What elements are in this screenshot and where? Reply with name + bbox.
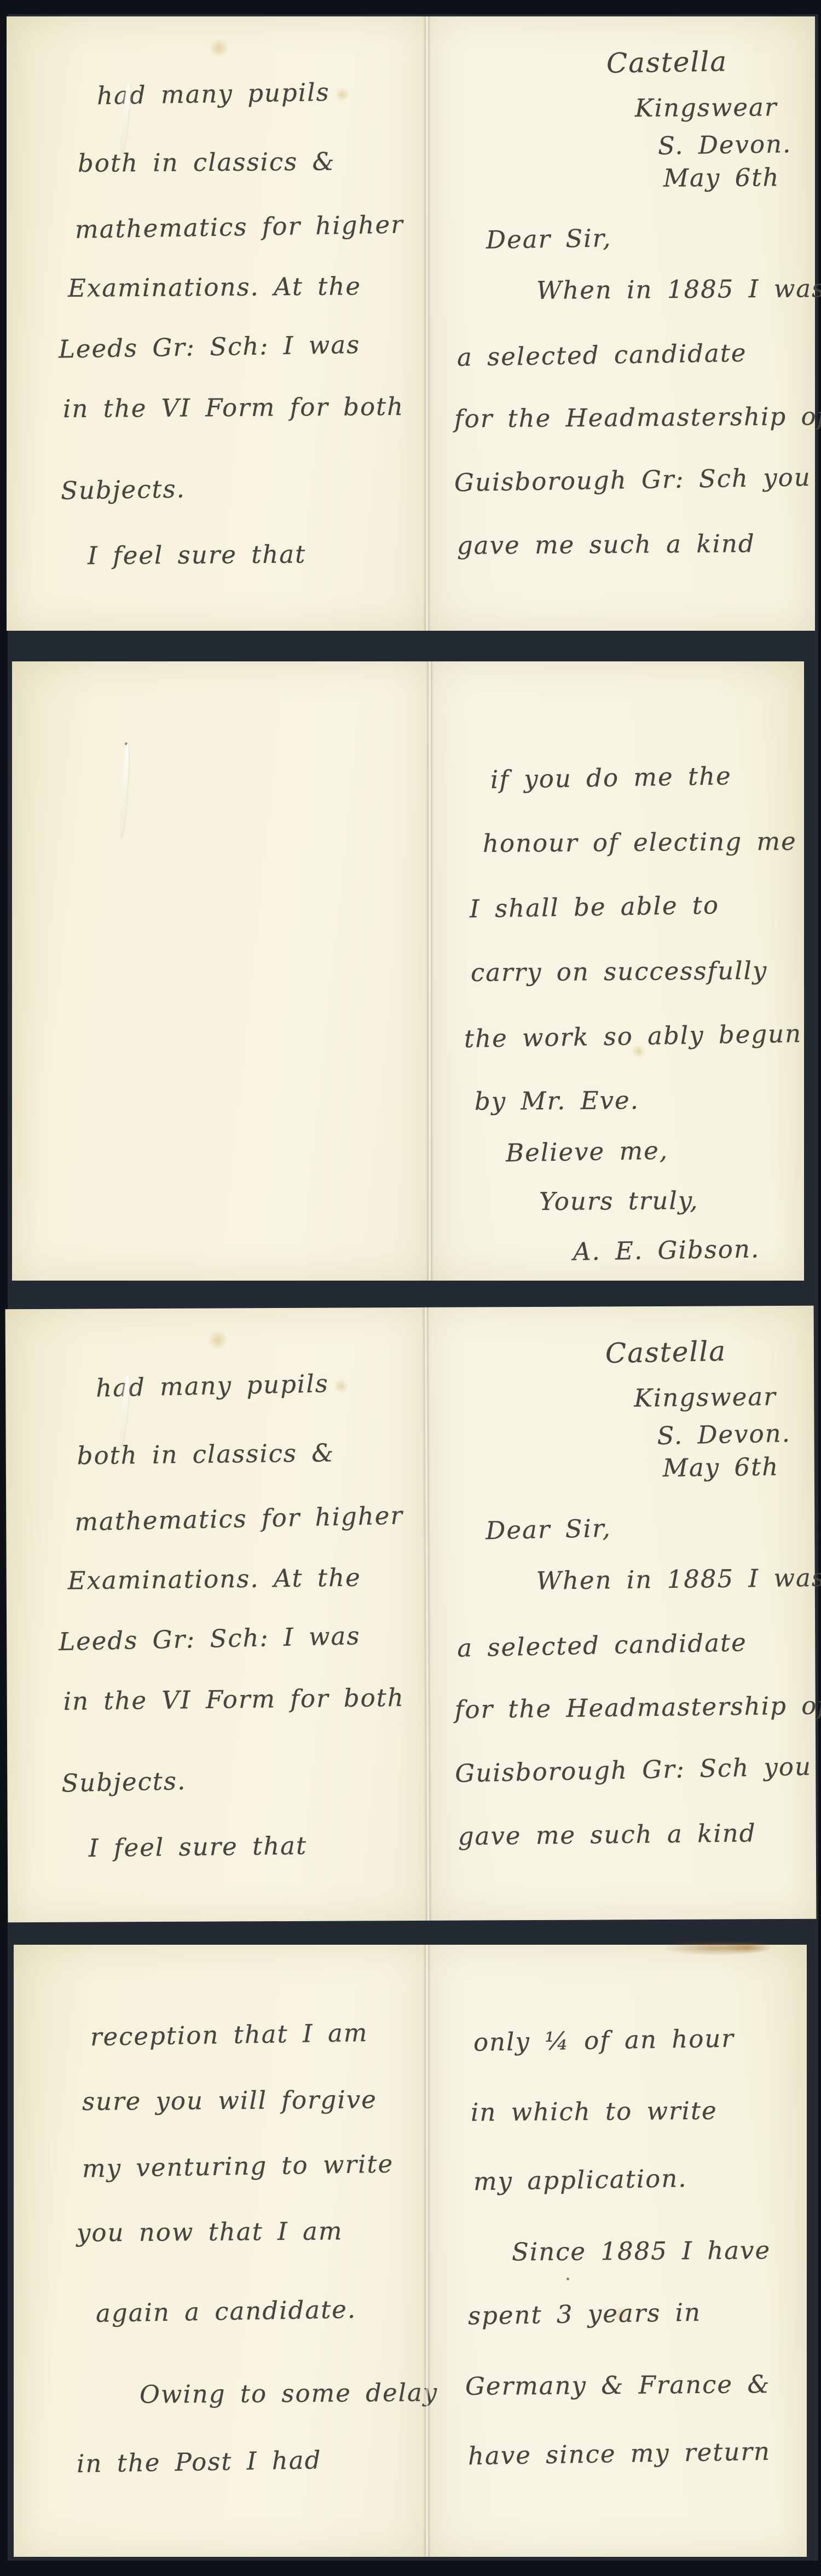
paper-stain bbox=[334, 1379, 348, 1393]
letter-page-left-blank bbox=[12, 661, 430, 1281]
paper-stain bbox=[335, 88, 349, 102]
handwriting-line: honour of electing me bbox=[483, 827, 797, 858]
closing-line: Believe me, bbox=[506, 1136, 669, 1168]
handwriting-line: reception that I am bbox=[90, 2018, 368, 2051]
handwriting-line: my venturing to write bbox=[82, 2149, 394, 2183]
handwriting-line: only ¼ of an hour bbox=[473, 2024, 735, 2056]
foxing-stain bbox=[722, 1941, 772, 1953]
letterhead-address-line: Castella bbox=[605, 1335, 726, 1369]
handwriting-line: Owing to some delay bbox=[140, 2378, 438, 2409]
letter-page-left: had many pupils both in classics & mathe… bbox=[7, 16, 427, 631]
handwriting-line: in the VI Form for both bbox=[63, 1683, 404, 1716]
letter-page-left: had many pupils both in classics & mathe… bbox=[5, 1307, 429, 1922]
handwriting-line: Examinations. At the bbox=[67, 1563, 361, 1595]
handwriting-line: in which to write bbox=[471, 2096, 718, 2127]
letter-page-right: Castella Kingswear S. Devon. May 6th Dea… bbox=[426, 1306, 817, 1921]
letter-spread-4: reception that I am sure you will forgiv… bbox=[14, 1945, 807, 2557]
scan-backdrop: had many pupils both in classics & mathe… bbox=[0, 0, 821, 2576]
handwriting-line: Germany & France & bbox=[465, 2370, 771, 2401]
center-fold bbox=[423, 16, 431, 631]
handwriting-line: both in classics & bbox=[77, 1438, 334, 1470]
handwriting-line: Guisborough Gr: Sch you bbox=[455, 1752, 812, 1788]
handwriting-line: have since my return bbox=[468, 2437, 771, 2471]
center-fold bbox=[423, 1945, 431, 2557]
salutation: Dear Sir, bbox=[485, 1514, 611, 1546]
letter-page-left: reception that I am sure you will forgiv… bbox=[14, 1945, 427, 2557]
handwriting-line: Since 1885 I have bbox=[512, 2235, 771, 2266]
letterhead-date: May 6th bbox=[663, 163, 780, 192]
handwriting-line: Leeds Gr: Sch: I was bbox=[59, 330, 361, 364]
handwriting-line: Leeds Gr: Sch: I was bbox=[59, 1621, 361, 1656]
handwriting-line: Subjects. bbox=[61, 1766, 187, 1798]
paper-stain bbox=[209, 38, 229, 58]
closing-line: Yours truly, bbox=[539, 1186, 699, 1216]
handwriting-line: gave me such a kind bbox=[458, 1818, 756, 1851]
letterhead-address-line: Castella bbox=[606, 45, 728, 79]
handwriting-line: I feel sure that bbox=[88, 540, 307, 570]
handwriting-line: gave me such a kind bbox=[457, 529, 755, 560]
letter-page-right: only ¼ of an hour in which to write my a… bbox=[427, 1945, 807, 2557]
handwriting-line: mathematics for higher bbox=[75, 210, 404, 244]
handwriting-line: for the Headmastership of bbox=[454, 402, 821, 434]
handwriting-line: a selected candidate bbox=[457, 1628, 747, 1663]
handwriting-line: my application. bbox=[473, 2164, 687, 2196]
signature: A. E. Gibson. bbox=[573, 1234, 760, 1266]
letterhead-date: May 6th bbox=[663, 1452, 779, 1482]
letterhead-address-line: Kingswear bbox=[635, 93, 778, 123]
handwriting-line: the work so ably begun bbox=[464, 1019, 802, 1053]
handwriting-line: a selected candidate bbox=[457, 338, 747, 372]
letter-spread-3: had many pupils both in classics & mathe… bbox=[5, 1306, 817, 1922]
letterhead-address-line: S. Devon. bbox=[658, 129, 792, 160]
handwriting-line: I feel sure that bbox=[89, 1831, 308, 1863]
handwriting-line: sure you will forgive bbox=[82, 2085, 377, 2116]
salutation: Dear Sir, bbox=[486, 223, 612, 255]
handwriting-line: spent 3 years in bbox=[468, 2298, 702, 2331]
handwriting-line: in the Post I had bbox=[77, 2445, 322, 2478]
handwriting-line: When in 1885 I was bbox=[536, 274, 821, 305]
letter-page-right: Castella Kingswear S. Devon. May 6th Dea… bbox=[427, 16, 815, 631]
handwriting-line: Guisborough Gr: Sch you bbox=[454, 463, 811, 497]
handwriting-line: Examinations. At the bbox=[68, 272, 361, 303]
handwriting-line: mathematics for higher bbox=[74, 1501, 404, 1536]
handwriting-line: carry on successfully bbox=[471, 956, 768, 987]
letter-spread-2: if you do me the honour of electing me I… bbox=[12, 661, 804, 1281]
letter-page-right: if you do me the honour of electing me I… bbox=[430, 661, 804, 1281]
handwriting-line: for the Headmastership of bbox=[454, 1691, 821, 1724]
handwriting-line: both in classics & bbox=[78, 147, 336, 177]
handwriting-line: again a candidate. bbox=[96, 2295, 357, 2327]
letter-spread-1: had many pupils both in classics & mathe… bbox=[7, 16, 815, 631]
letterhead-address-line: S. Devon. bbox=[657, 1419, 791, 1450]
paper-speck bbox=[566, 2278, 569, 2280]
paper-tear-mark bbox=[118, 744, 130, 837]
center-fold bbox=[426, 661, 433, 1281]
handwriting-line: Subjects. bbox=[61, 474, 186, 505]
handwriting-line: by Mr. Eve. bbox=[475, 1086, 639, 1116]
letterhead-address-line: Kingswear bbox=[634, 1382, 777, 1413]
handwriting-line: had many pupils bbox=[96, 1369, 329, 1403]
handwriting-line: had many pupils bbox=[97, 78, 330, 111]
handwriting-line: you now that I am bbox=[77, 2216, 343, 2247]
handwriting-line: in the VI Form for both bbox=[63, 392, 404, 423]
handwriting-line: if you do me the bbox=[490, 762, 732, 794]
handwriting-line: I shall be able to bbox=[470, 890, 720, 923]
handwriting-line: When in 1885 I was bbox=[536, 1563, 821, 1595]
paper-stain bbox=[208, 1330, 228, 1350]
